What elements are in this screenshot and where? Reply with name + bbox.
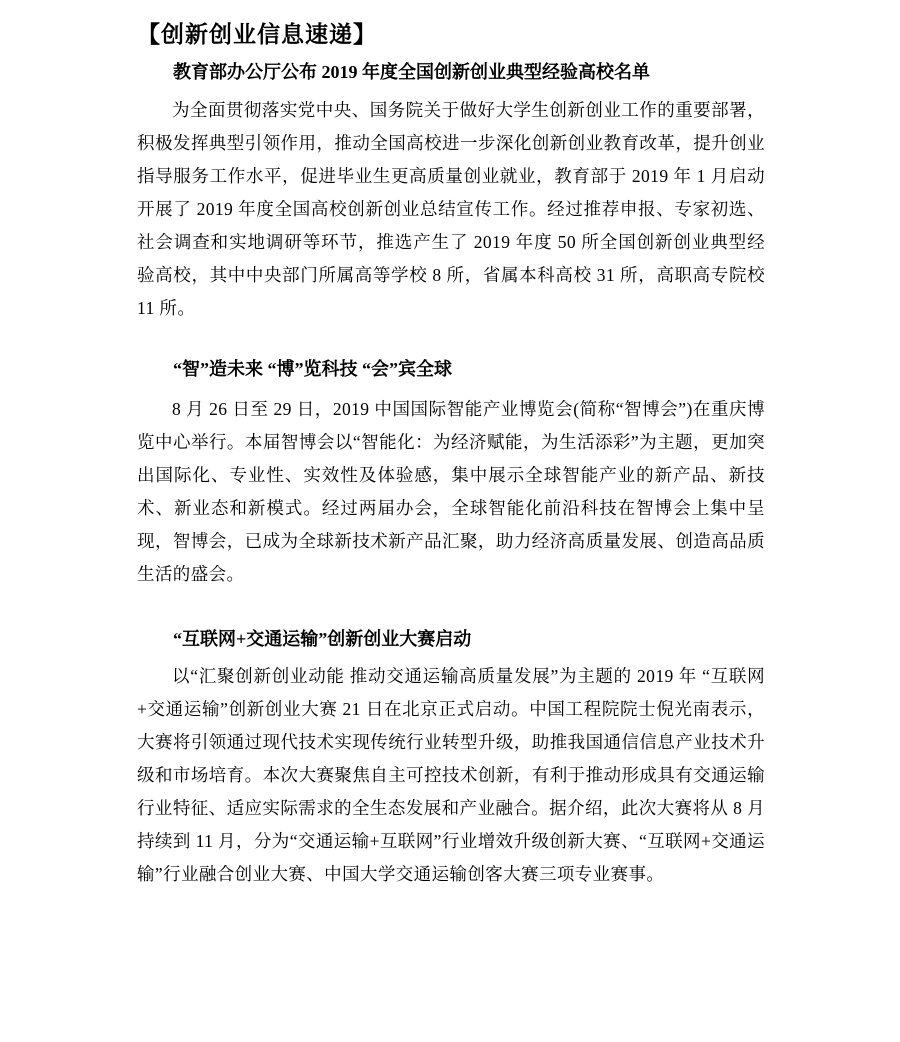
article-title: “智”造未来 “博”览科技 “会”宾全球 <box>137 353 765 386</box>
article-body: 为全面贯彻落实党中央、国务院关于做好大学生创新创业工作的重要部署，积极发挥典型引… <box>137 94 765 325</box>
article-education-ministry: 教育部办公厅公布 2019 年度全国创新创业典型经验高校名单 为全面贯彻落实党中… <box>137 60 765 325</box>
article-body: 以“汇聚创新创业动能 推动交通运输高质量发展”为主题的 2019 年 “互联网+… <box>137 660 765 891</box>
section-header: 【创新创业信息速递】 <box>137 20 765 48</box>
article-title: “互联网+交通运输”创新创业大赛启动 <box>137 623 765 656</box>
article-transport-contest: “互联网+交通运输”创新创业大赛启动 以“汇聚创新创业动能 推动交通运输高质量发… <box>137 623 765 891</box>
article-title: 教育部办公厅公布 2019 年度全国创新创业典型经验高校名单 <box>137 60 765 84</box>
document-page: 【创新创业信息速递】 教育部办公厅公布 2019 年度全国创新创业典型经验高校名… <box>0 0 900 1042</box>
article-body: 8 月 26 日至 29 日，2019 中国国际智能产业博览会(简称“智博会”)… <box>137 393 765 591</box>
article-smart-expo: “智”造未来 “博”览科技 “会”宾全球 8 月 26 日至 29 日，2019… <box>137 353 765 591</box>
